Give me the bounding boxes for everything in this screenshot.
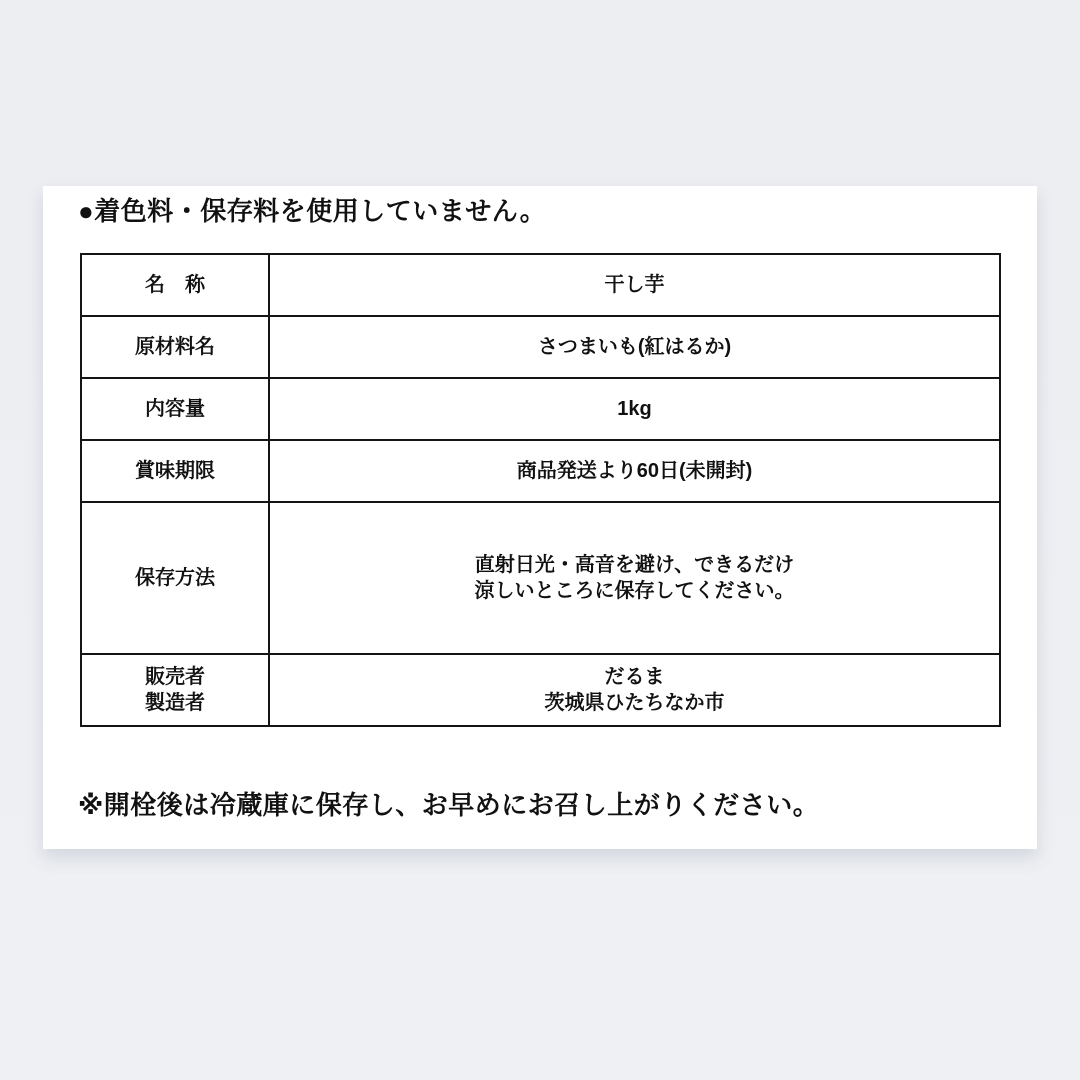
table-row-ingredients: 原材料名 さつまいも(紅はるか) (81, 316, 1000, 378)
row-label: 原材料名 (81, 316, 269, 378)
row-value-line: 涼しいところに保存してください。 (270, 578, 999, 604)
row-value: 商品発送より60日(未開封) (269, 440, 1000, 502)
table-row-storage: 保存方法 直射日光・高音を避け、できるだけ 涼しいところに保存してください。 (81, 502, 1000, 654)
table-row-net-content: 内容量 1kg (81, 378, 1000, 440)
row-label: 保存方法 (81, 502, 269, 654)
table-row-best-before: 賞味期限 商品発送より60日(未開封) (81, 440, 1000, 502)
row-label-line: 製造者 (82, 690, 268, 716)
row-label-line: 販売者 (82, 664, 268, 690)
row-label: 販売者 製造者 (81, 654, 269, 726)
label-card: ●着色料・保存料を使用していません。 名 称 干し芋 原材料名 さつまいも(紅は… (43, 186, 1037, 849)
row-value: だるま 茨城県ひたちなか市 (269, 654, 1000, 726)
product-spec-table: 名 称 干し芋 原材料名 さつまいも(紅はるか) 内容量 1kg 賞味期限 商品… (80, 253, 1001, 727)
row-value-line: 茨城県ひたちなか市 (270, 690, 999, 716)
row-value: 1kg (269, 378, 1000, 440)
row-label: 賞味期限 (81, 440, 269, 502)
row-value: 直射日光・高音を避け、できるだけ 涼しいところに保存してください。 (269, 502, 1000, 654)
row-value: さつまいも(紅はるか) (269, 316, 1000, 378)
table-row-seller-manufacturer: 販売者 製造者 だるま 茨城県ひたちなか市 (81, 654, 1000, 726)
row-value-line: 直射日光・高音を避け、できるだけ (270, 552, 999, 578)
page-background: ●着色料・保存料を使用していません。 名 称 干し芋 原材料名 さつまいも(紅は… (0, 0, 1080, 1080)
row-value: 干し芋 (269, 254, 1000, 316)
table-row-name: 名 称 干し芋 (81, 254, 1000, 316)
top-note: ●着色料・保存料を使用していません。 (78, 191, 546, 228)
bottom-note: ※開栓後は冷蔵庫に保存し、お早めにお召し上がりください。 (78, 785, 819, 822)
row-label: 名 称 (81, 254, 269, 316)
row-value-line: だるま (270, 664, 999, 690)
row-label: 内容量 (81, 378, 269, 440)
